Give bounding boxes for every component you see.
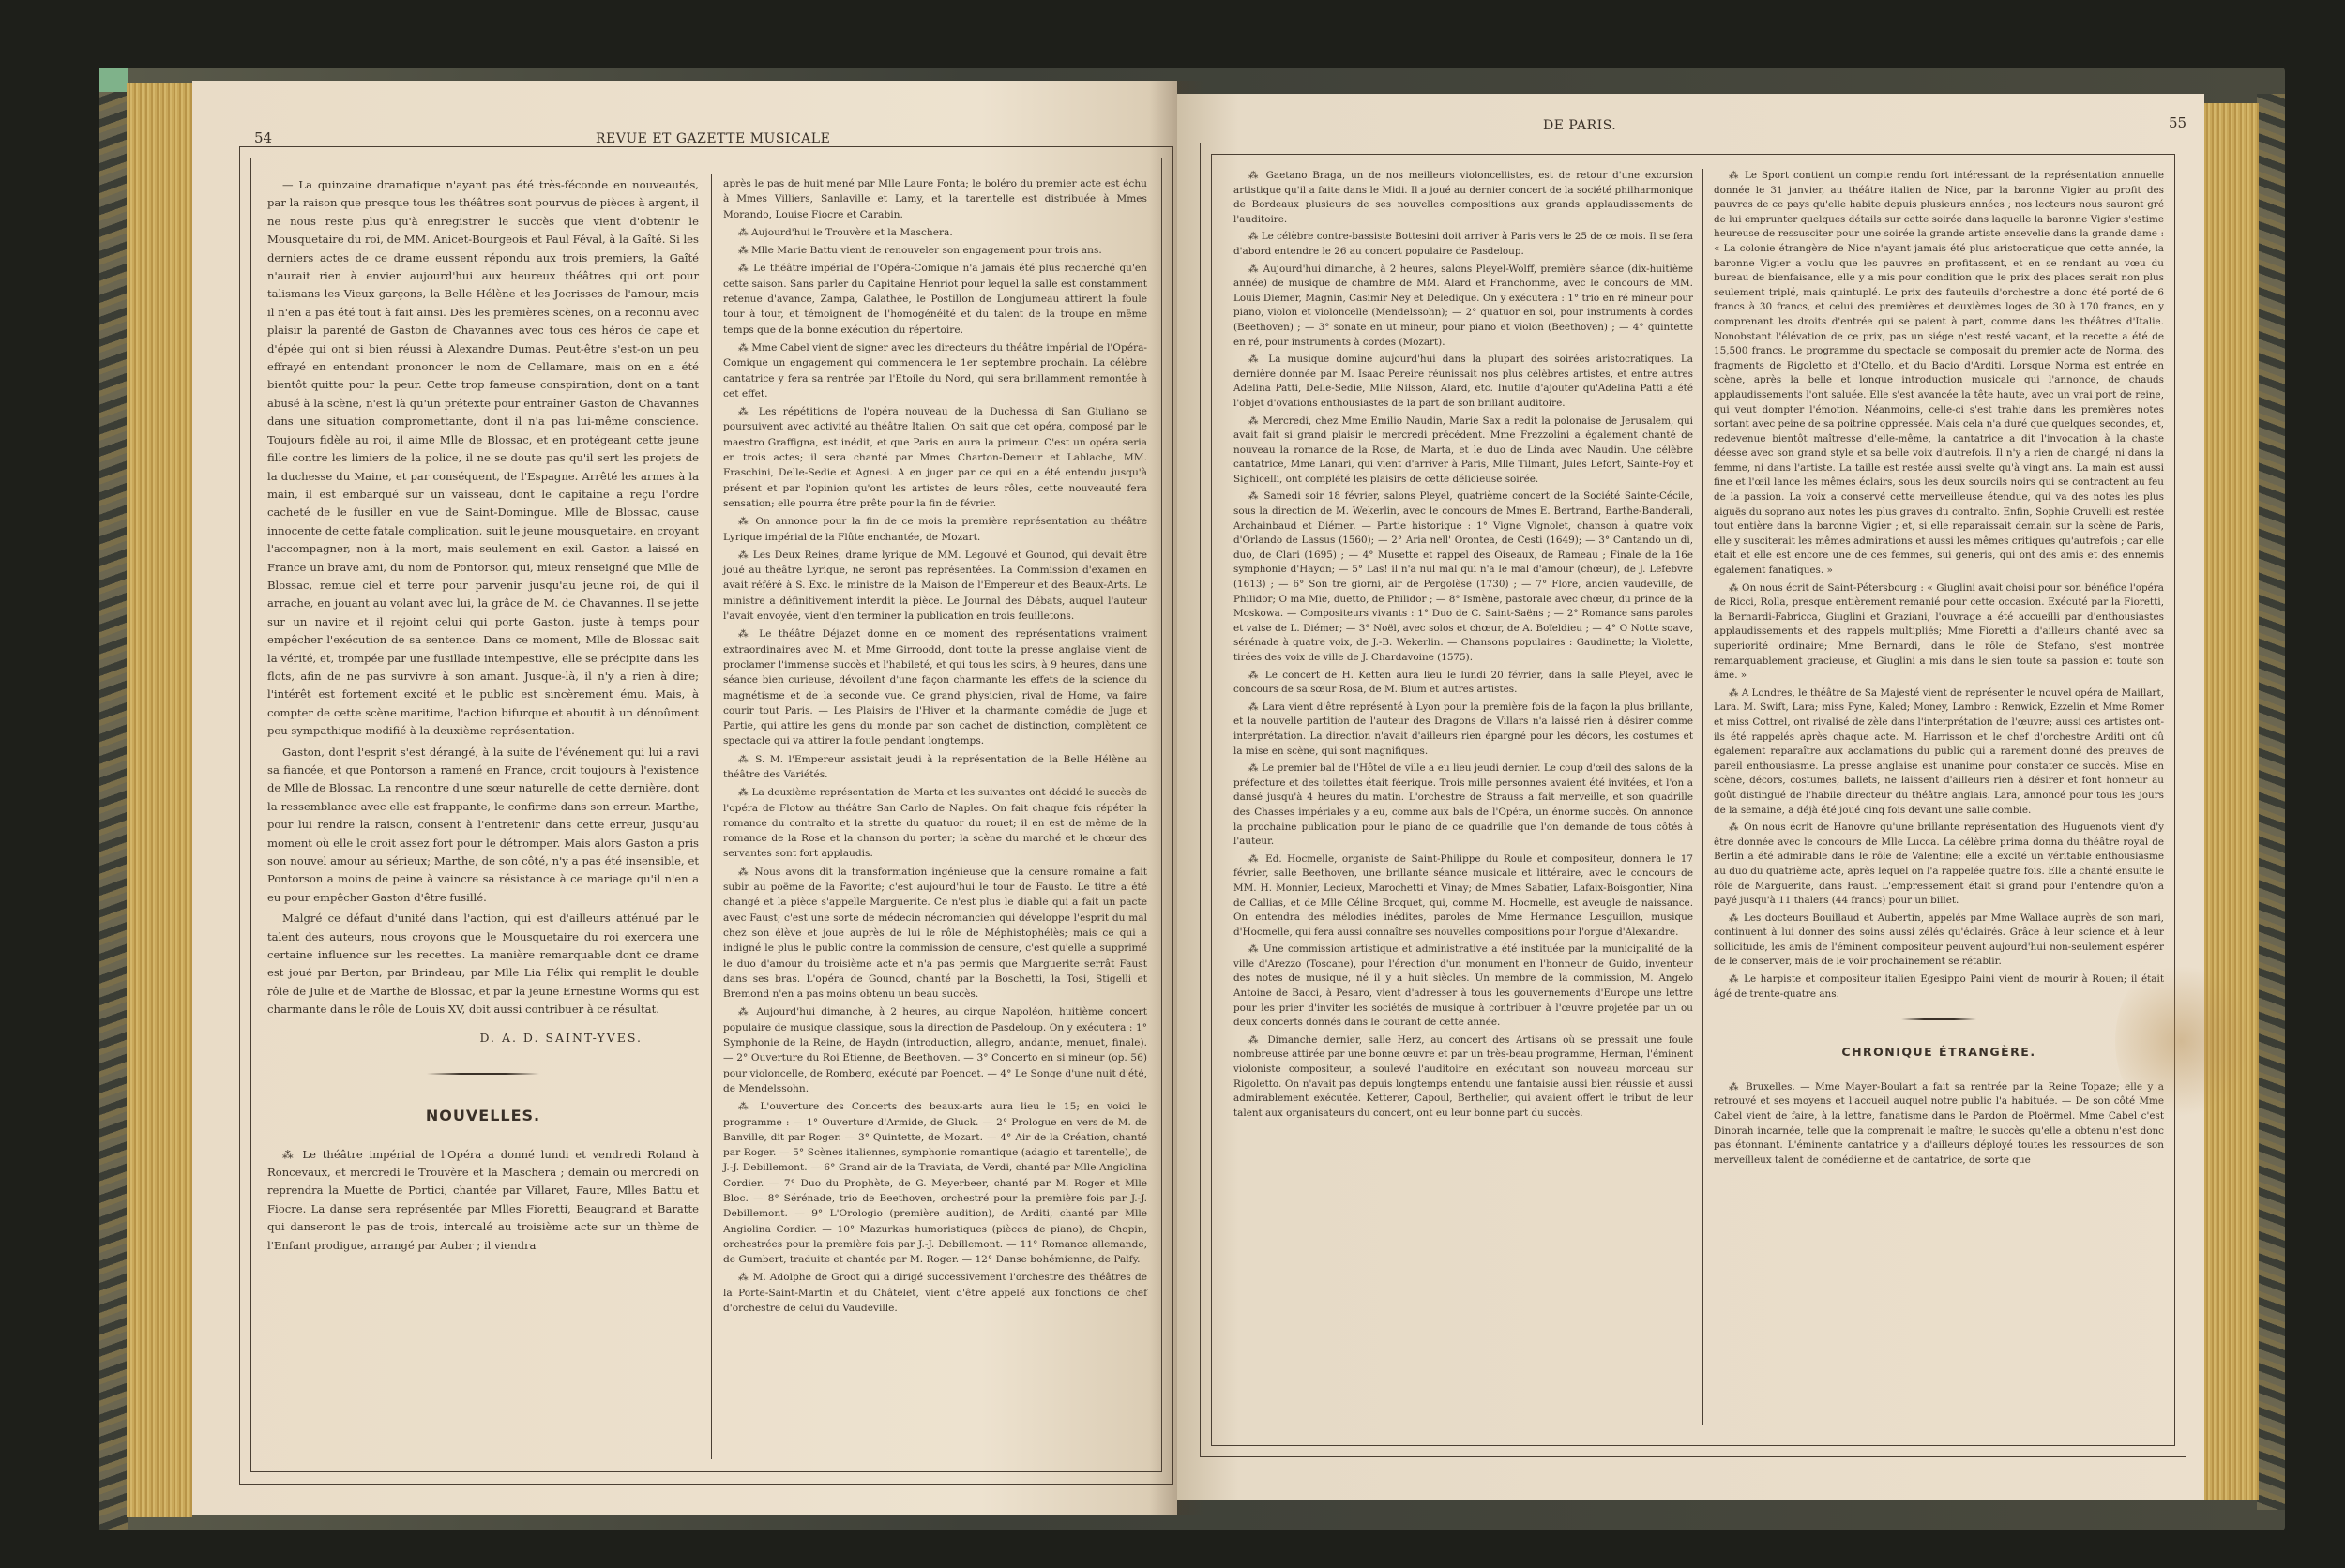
- article-paragraph: Gaston, dont l'esprit s'est dérangé, à l…: [267, 744, 699, 908]
- left-column-1: — La quinzaine dramatique n'ayant pas ét…: [267, 176, 699, 1258]
- page-edges-left: [127, 83, 192, 1517]
- news-item: ⁂ Le Sport contient un compte rendu fort…: [1714, 169, 2164, 579]
- news-item: ⁂ Le concert de H. Ketten aura lieu le l…: [1233, 669, 1693, 698]
- news-item: ⁂ Les répétitions de l'opéra nouveau de …: [723, 404, 1147, 511]
- marbled-cover-right: [2257, 94, 2285, 1510]
- news-item: ⁂ Une commission artistique et administr…: [1233, 942, 1693, 1031]
- news-item: ⁂ A Londres, le théâtre de Sa Majesté vi…: [1714, 686, 2164, 818]
- news-item: ⁂ Gaetano Braga, un de nos meilleurs vio…: [1233, 169, 1693, 227]
- section-title-nouvelles: NOUVELLES.: [267, 1107, 699, 1124]
- news-item: ⁂ L'ouverture des Concerts des beaux-art…: [723, 1099, 1147, 1267]
- news-item: ⁂ Ed. Hocmelle, organiste de Saint-Phili…: [1233, 852, 1693, 941]
- running-head: REVUE ET GAZETTE MUSICALE: [596, 131, 830, 146]
- marbled-cover-left: [99, 68, 128, 1530]
- column-divider: [711, 174, 712, 1459]
- article-paragraph: — La quinzaine dramatique n'ayant pas ét…: [267, 176, 699, 741]
- news-item: ⁂ Mlle Marie Battu vient de renouveler s…: [723, 243, 1147, 258]
- author-signature: D. A. D. SAINT-YVES.: [267, 1029, 699, 1047]
- page-number: 55: [2169, 114, 2186, 131]
- news-item: ⁂ Mme Cabel vient de signer avec les dir…: [723, 340, 1147, 401]
- news-item: ⁂ Les docteurs Bouillaud et Aubertin, ap…: [1714, 912, 2164, 970]
- section-title-chronique: CHRONIQUE ÉTRANGÈRE.: [1714, 1045, 2164, 1060]
- news-item: ⁂ Samedi soir 18 février, salons Pleyel,…: [1233, 490, 1693, 665]
- news-item: ⁂ M. Adolphe de Groot qui a dirigé succe…: [723, 1270, 1147, 1316]
- news-item: ⁂ Mercredi, chez Mme Emilio Naudin, Mari…: [1233, 415, 1693, 488]
- news-item: ⁂ Le célèbre contre-bassiste Bottesini d…: [1233, 230, 1693, 259]
- cover-corner: [99, 68, 128, 92]
- news-item: ⁂ La deuxième représentation de Marta et…: [723, 785, 1147, 861]
- news-item: ⁂ Le théâtre Déjazet donne en ce moment …: [723, 626, 1147, 748]
- news-item: ⁂ Le premier bal de l'Hôtel de ville a e…: [1233, 761, 1693, 850]
- news-item: ⁂ Les Deux Reines, drame lyrique de MM. …: [723, 548, 1147, 624]
- right-page: DE PARIS. 55 ⁂ Gaetano Braga, un de nos …: [1177, 94, 2204, 1500]
- right-column-1: ⁂ Gaetano Braga, un de nos meilleurs vio…: [1233, 169, 1693, 1123]
- ornamental-rule: [427, 1073, 539, 1075]
- right-column-2: ⁂ Le Sport contient un compte rendu fort…: [1714, 169, 2164, 1170]
- news-item: ⁂ Le harpiste et compositeur italien Ege…: [1714, 972, 2164, 1002]
- news-item: ⁂ On annonce pour la fin de ce mois la p…: [723, 514, 1147, 545]
- news-item: ⁂ La musique domine aujourd'hui dans la …: [1233, 353, 1693, 411]
- news-item: ⁂ Dimanche dernier, salle Herz, au conce…: [1233, 1033, 1693, 1122]
- news-item: ⁂ Le théâtre impérial de l'Opéra a donné…: [267, 1146, 699, 1255]
- news-item: ⁂ Aujourd'hui le Trouvère et la Maschera…: [723, 225, 1147, 240]
- ornamental-rule: [1901, 1018, 1976, 1020]
- news-item: ⁂ Aujourd'hui dimanche, à 2 heures, salo…: [1233, 263, 1693, 351]
- news-item: ⁂ Bruxelles. — Mme Mayer-Boulart a fait …: [1714, 1080, 2164, 1168]
- running-head: DE PARIS.: [1543, 118, 1616, 133]
- page-number: 54: [254, 129, 272, 146]
- news-item: ⁂ On nous écrit de Hanovre qu'une brilla…: [1714, 821, 2164, 909]
- news-item: après le pas de huit mené par Mlle Laure…: [723, 176, 1147, 222]
- left-column-2: après le pas de huit mené par Mlle Laure…: [723, 176, 1147, 1319]
- water-stain: [2115, 957, 2247, 1125]
- column-divider: [1702, 169, 1703, 1425]
- news-item: ⁂ Lara vient d'être représenté à Lyon po…: [1233, 701, 1693, 759]
- page-edges-right: [2204, 103, 2259, 1500]
- news-item: ⁂ On nous écrit de Saint-Pétersbourg : «…: [1714, 581, 2164, 684]
- article-paragraph: Malgré ce défaut d'unité dans l'action, …: [267, 910, 699, 1018]
- news-item: ⁂ Nous avons dit la transformation ingén…: [723, 865, 1147, 1003]
- news-item: ⁂ Le théâtre impérial de l'Opéra-Comique…: [723, 261, 1147, 337]
- news-item: ⁂ S. M. l'Empereur assistait jeudi à la …: [723, 752, 1147, 783]
- news-item: ⁂ Aujourd'hui dimanche, à 2 heures, au c…: [723, 1004, 1147, 1096]
- left-page: 54 REVUE ET GAZETTE MUSICALE — La quinza…: [192, 81, 1177, 1515]
